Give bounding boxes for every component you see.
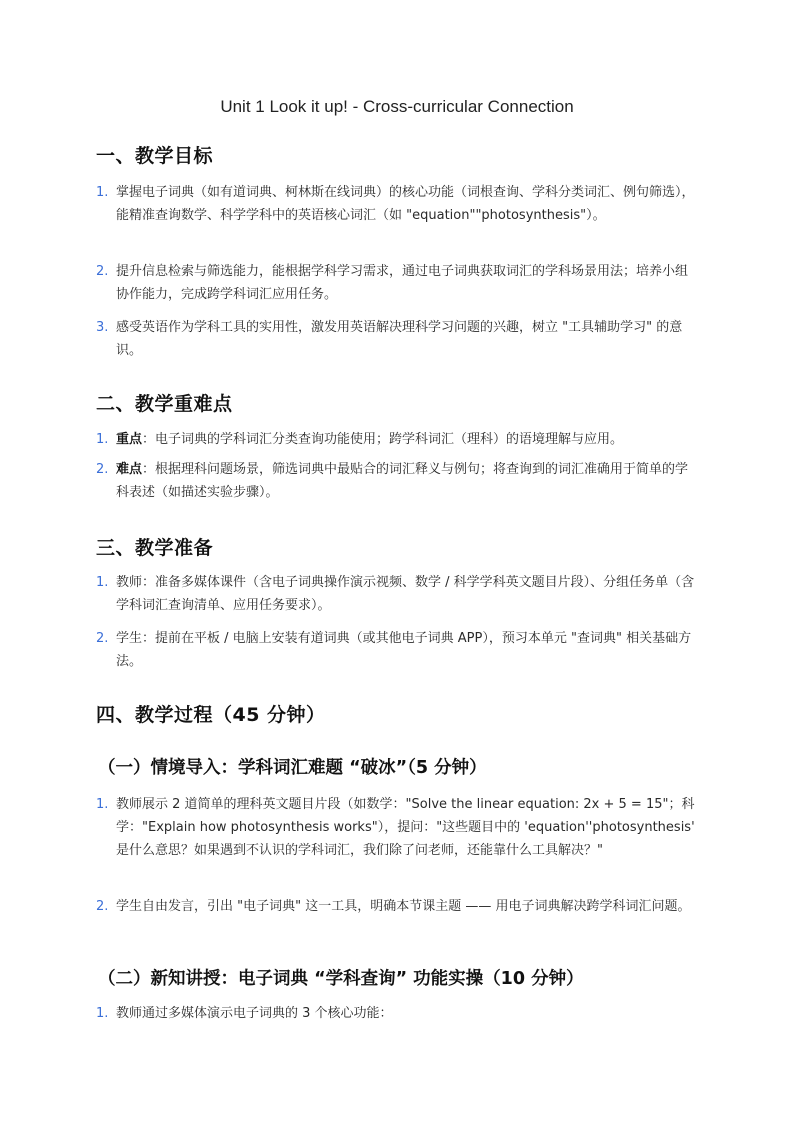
list-item: 2. 学生自由发言，引出 "电子词典" 这一工具，明确本节课主题 —— 用电子词… [96, 895, 698, 918]
subsection-heading-new-knowledge: （二）新知讲授：电子词典 “学科查询” 功能实操（10 分钟） [98, 965, 584, 990]
section-heading-key-points: 二、教学重难点 [96, 389, 233, 416]
list-item: 1. 重点：电子词典的学科词汇分类查询功能使用；跨学科词汇（理科）的语境理解与应… [96, 428, 698, 451]
list-number: 3. [96, 316, 114, 339]
list-number: 2. [96, 895, 114, 918]
list-text: ：电子词典的学科词汇分类查询功能使用；跨学科词汇（理科）的语境理解与应用。 [142, 432, 623, 447]
list-item: 1. 教师通过多媒体演示电子词典的 3 个核心功能： [96, 1002, 698, 1025]
section-heading-process: 四、教学过程（45 分钟） [96, 700, 326, 727]
document-page: Unit 1 Look it up! - Cross-curricular Co… [0, 0, 794, 1123]
list-text: ：根据理科问题场景，筛选词典中最贴合的词汇释义与例句；将查询到的词汇准确用于简单… [116, 462, 688, 500]
list-number: 2. [96, 627, 114, 650]
list-text: 教师通过多媒体演示电子词典的 3 个核心功能： [116, 1002, 698, 1025]
list-item: 1. 教师：准备多媒体课件（含电子词典操作演示视频、数学 / 科学学科英文题目片… [96, 571, 698, 617]
list-text: 教师：准备多媒体课件（含电子词典操作演示视频、数学 / 科学学科英文题目片段）、… [116, 571, 698, 617]
section-heading-objectives: 一、教学目标 [96, 141, 213, 168]
document-title: Unit 1 Look it up! - Cross-curricular Co… [0, 97, 794, 117]
list-item: 2. 学生：提前在平板 / 电脑上安装有道词典（或其他电子词典 APP），预习本… [96, 627, 698, 673]
list-label: 重点 [116, 432, 142, 447]
list-label: 难点 [116, 462, 142, 477]
list-number: 1. [96, 793, 114, 816]
list-number: 2. [96, 458, 114, 481]
list-text: 教师展示 2 道简单的理科英文题目片段（如数学："Solve the linea… [116, 793, 698, 862]
list-text: 学生：提前在平板 / 电脑上安装有道词典（或其他电子词典 APP），预习本单元 … [116, 627, 698, 673]
list-text: 学生自由发言，引出 "电子词典" 这一工具，明确本节课主题 —— 用电子词典解决… [116, 895, 698, 918]
list-text: 掌握电子词典（如有道词典、柯林斯在线词典）的核心功能（词根查询、学科分类词汇、例… [116, 181, 698, 227]
list-item: 2. 难点：根据理科问题场景，筛选词典中最贴合的词汇释义与例句；将查询到的词汇准… [96, 458, 698, 504]
list-item: 3. 感受英语作为学科工具的实用性，激发用英语解决理科学习问题的兴趣，树立 "工… [96, 316, 698, 362]
list-number: 1. [96, 1002, 114, 1025]
list-item: 1. 教师展示 2 道简单的理科英文题目片段（如数学："Solve the li… [96, 793, 698, 862]
subsection-heading-intro: （一）情境导入：学科词汇难题 “破冰”（5 分钟） [98, 754, 487, 779]
list-number: 2. [96, 260, 114, 283]
list-text: 感受英语作为学科工具的实用性，激发用英语解决理科学习问题的兴趣，树立 "工具辅助… [116, 316, 698, 362]
list-item: 2. 提升信息检索与筛选能力，能根据学科学习需求，通过电子词典获取词汇的学科场景… [96, 260, 698, 306]
list-text: 提升信息检索与筛选能力，能根据学科学习需求，通过电子词典获取词汇的学科场景用法；… [116, 260, 698, 306]
list-number: 1. [96, 181, 114, 204]
list-item: 1. 掌握电子词典（如有道词典、柯林斯在线词典）的核心功能（词根查询、学科分类词… [96, 181, 698, 227]
list-number: 1. [96, 571, 114, 594]
list-number: 1. [96, 428, 114, 451]
section-heading-preparation: 三、教学准备 [96, 533, 213, 560]
